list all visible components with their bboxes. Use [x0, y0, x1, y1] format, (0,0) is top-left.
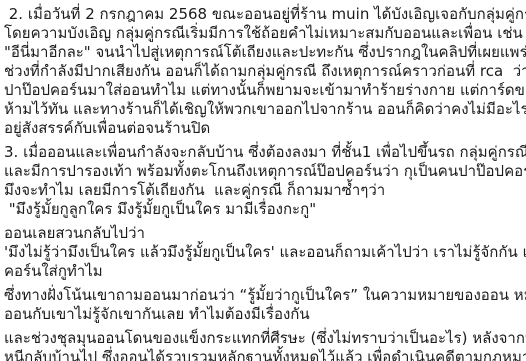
paragraph-item-2: 2. เมื่อวันที่ 2 กรกฎาคม 2568 ขณะออนอยู่…	[4, 5, 524, 138]
document-text: 2. เมื่อวันที่ 2 กรกฎาคม 2568 ขณะออนอยู่…	[0, 0, 526, 361]
paragraph-aftermath: และช่วงชุลมุนออนโดนของแข็งกระแทกที่ศีรษะ…	[4, 329, 524, 361]
paragraph-item-3: 3. เมื่อออนและเพื่อนกำลังจะกลับบ้าน ซึ่ง…	[4, 143, 524, 219]
paragraph-reply: ออนเลยสวนกลับไปว่า 'มึงไม่รู้ว่ามึงเป็นใ…	[4, 224, 524, 281]
paragraph-meaning: ซึ่งทางฝั่งโน้นเขาถามออนมาก่อนว่า “รู้มั…	[4, 286, 524, 324]
